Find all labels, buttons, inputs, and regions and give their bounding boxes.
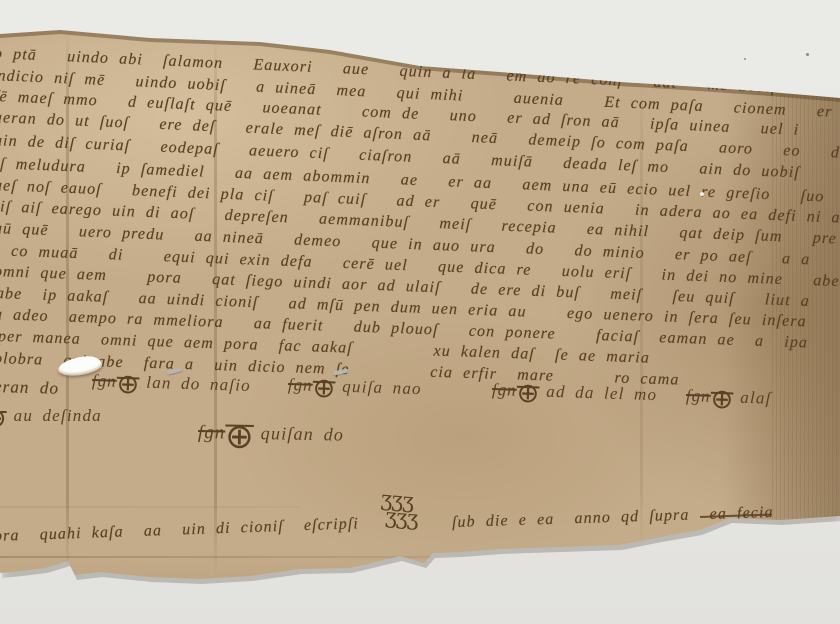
crease-horizontal bbox=[0, 556, 430, 558]
signum-cross-icon: ⊕ bbox=[516, 378, 540, 410]
signum-cross-icon: ⊕ bbox=[225, 416, 254, 456]
signum-mark: ſgn⊕ bbox=[198, 425, 254, 443]
signature-name: alaſ bbox=[740, 388, 772, 408]
signature-name: ad da lel mo bbox=[546, 382, 657, 404]
signum-label: ſgn bbox=[288, 375, 313, 395]
signature: ſgn⊕quiſan do bbox=[198, 422, 344, 447]
signum-label: ſgn bbox=[198, 422, 226, 443]
background-speck bbox=[744, 58, 746, 60]
signum-cross-icon: ⊕ bbox=[710, 384, 734, 416]
signature-name: au deſinda bbox=[14, 406, 102, 425]
closing-line-right: ſub die e ea anno qd ſupra ea fecia bbox=[452, 503, 774, 532]
signature-name: lan do naſio bbox=[146, 373, 251, 395]
signum-cross-icon: ⊕ bbox=[116, 369, 140, 401]
notary-flourish-row: ʒʒʒ bbox=[385, 508, 419, 528]
closing-line-left: bra quahi kaſa aa uin di cioniſ eſcripſi bbox=[0, 514, 359, 546]
signum-mark: ſgn⊕ bbox=[92, 373, 140, 391]
signum-cross-icon: ⊕ bbox=[312, 373, 336, 405]
signum-label: ſgn bbox=[686, 386, 711, 406]
signum-cross-icon: ⊕ bbox=[0, 403, 7, 434]
signum-mark: ⊕ bbox=[0, 408, 7, 425]
signature: ſgn⊕ad da lel mo bbox=[492, 380, 658, 405]
manuscript-photo: o ptā uindo abi ſalamon Eauxori aue quin… bbox=[0, 0, 840, 624]
signature-row-prefix: eran do bbox=[0, 377, 59, 398]
signum-mark: ſgn⊕ bbox=[686, 388, 734, 406]
signature: ſgn⊕alaſ bbox=[686, 386, 772, 409]
parchment: o ptā uindo abi ſalamon Eauxori aue quin… bbox=[0, 0, 840, 624]
notary-flourish: ʒʒʒ ʒʒʒ bbox=[379, 490, 420, 527]
signum-mark: ſgn⊕ bbox=[492, 382, 540, 400]
background-speck bbox=[806, 53, 809, 56]
signature-name: quiſa nao bbox=[342, 377, 422, 398]
signum-mark: ſgn⊕ bbox=[288, 377, 336, 395]
signum-label: ſgn bbox=[92, 371, 117, 391]
signature: ſgn⊕lan do naſio bbox=[92, 371, 251, 396]
crease-horizontal bbox=[0, 506, 300, 508]
signature: ⊕au deſinda bbox=[0, 406, 102, 426]
signature-name: quiſan do bbox=[261, 423, 345, 444]
signum-label: ſgn bbox=[492, 380, 517, 400]
ink-flake bbox=[700, 192, 704, 196]
signature: ſgn⊕quiſa nao bbox=[288, 375, 422, 399]
